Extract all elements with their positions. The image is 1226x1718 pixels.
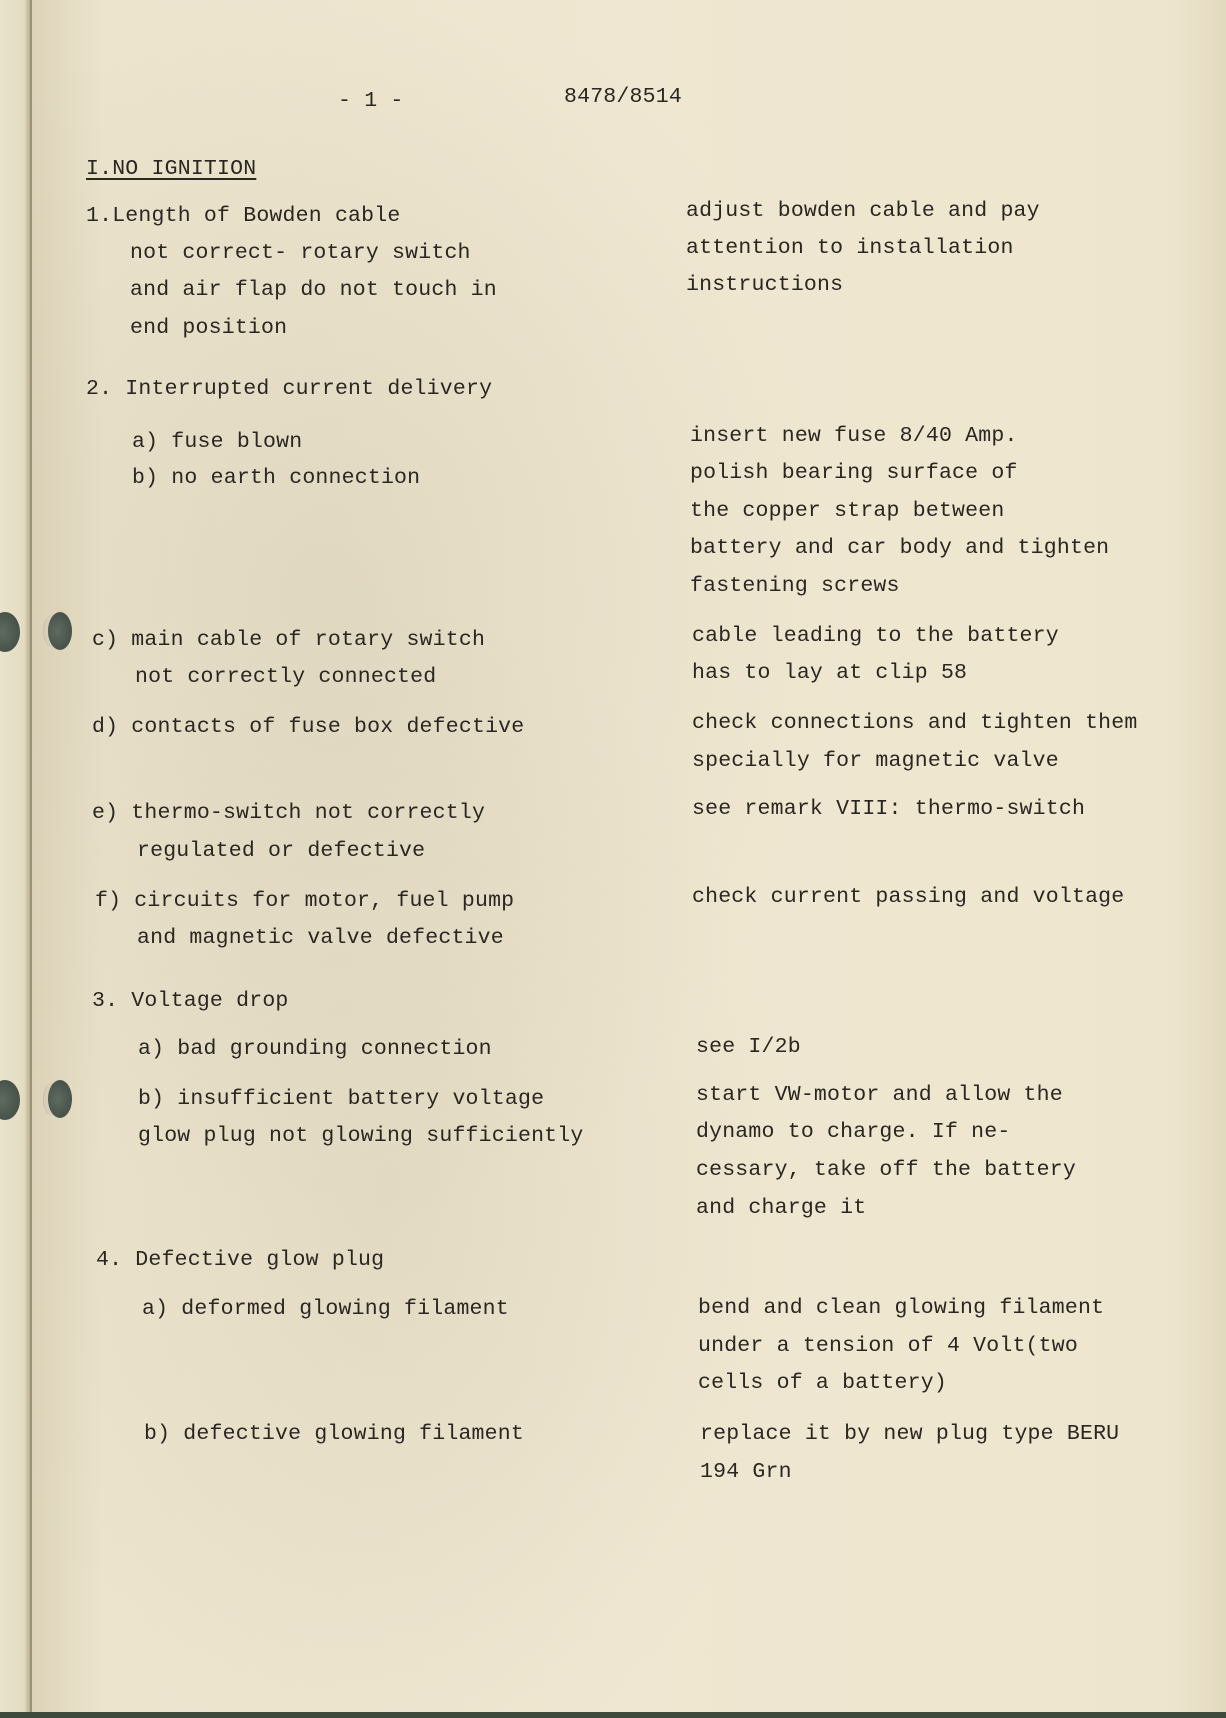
item-4b-cause: b) defective glowing filament (144, 1421, 524, 1447)
item-4-title: 4. Defective glow plug (96, 1247, 384, 1273)
item-3-title: 3. Voltage drop (92, 988, 289, 1014)
item-2a-remedy: insert new fuse 8/40 Amp. (690, 423, 1018, 449)
item-2-title: 2. Interrupted current delivery (86, 376, 492, 402)
binder-hole (0, 612, 20, 652)
document-reference: 8478/8514 (564, 84, 682, 110)
item-3a-cause: a) bad grounding connection (138, 1036, 492, 1062)
previous-page-edge (0, 0, 30, 1718)
binder-hole (48, 1080, 72, 1118)
item-4a-cause: a) deformed glowing filament (142, 1296, 509, 1322)
item-3a-remedy: see I/2b (696, 1034, 801, 1060)
item-2e-remedy: see remark VIII: thermo-switch (692, 796, 1085, 822)
binder-hole (0, 1080, 20, 1120)
page-bottom-edge (0, 1712, 1226, 1718)
section-heading: I.NO IGNITION (86, 156, 256, 182)
item-2a-cause: a) fuse blown (132, 429, 302, 455)
page-number: - 1 - (338, 88, 404, 114)
item-2f-remedy: check current passing and voltage (692, 884, 1124, 910)
binder-hole (48, 612, 72, 650)
item-2b-cause: b) no earth connection (132, 465, 420, 491)
item-2d-cause: d) contacts of fuse box defective (92, 714, 524, 740)
